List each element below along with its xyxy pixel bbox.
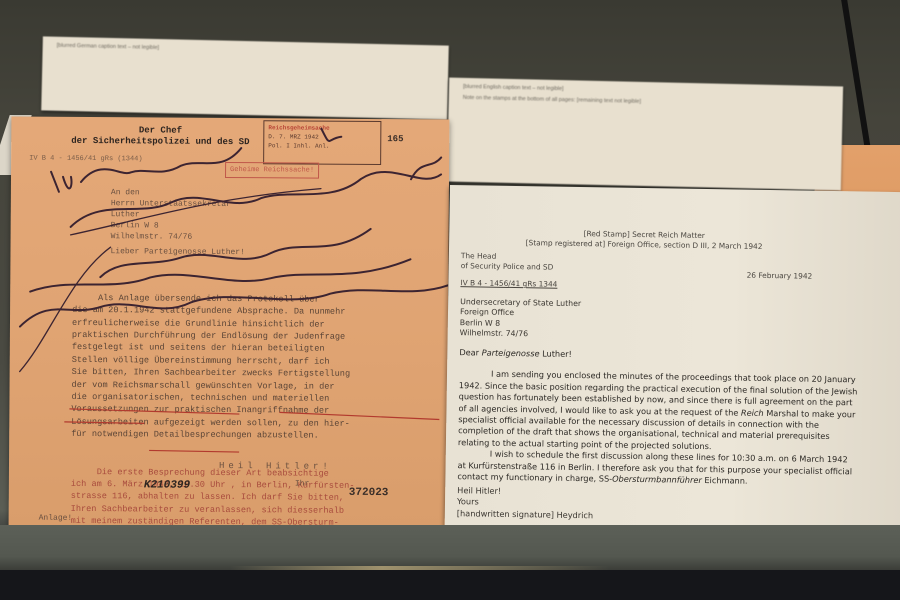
letter-date: 26 February 1942 (747, 270, 813, 282)
caption-card-english: [blurred English caption text – not legi… (447, 78, 843, 191)
stamp-footer: Pol. I Inhl. Anl. (268, 141, 376, 151)
paragraph-2-italic: Obersturmbannführer (612, 474, 702, 485)
translation-salutation: Dear Parteigenosse Luther! (459, 347, 859, 365)
display-case-base (0, 570, 900, 600)
address-block: An den Herrn Unterstaatssekretär Luther … (110, 187, 245, 258)
reference-number: IV B 4 - 1456/41 gRs (1344) (29, 153, 143, 166)
body-paragraph-1: Als Anlage übersende ich das Protokoll ü… (71, 292, 449, 444)
salutation-suffix: Luther! (539, 348, 571, 359)
signature-line: [handwritten signature] Heydrich (457, 508, 593, 522)
greeting: Heil Hitler! (219, 460, 332, 473)
translation-paragraph-2: I wish to schedule the first discussion … (457, 448, 857, 488)
caption-card-german: [blurred German caption text – not legib… (41, 36, 449, 119)
archive-number-left: K210399 (144, 479, 190, 491)
address-line: Wilhelmstr. 74/76 (111, 231, 245, 243)
salutation: Lieber Parteigenosse Luther! (110, 246, 244, 258)
closing: Ihr (295, 478, 309, 490)
letter-body: Als Anlage übersende ich das Protokoll ü… (70, 267, 449, 530)
received-stamp: Reichsgeheimsache D. 7. MRZ 1942 Pol. I … (263, 120, 381, 165)
salutation-prefix: Dear (459, 347, 481, 357)
page-number: 165 (387, 133, 403, 145)
translation-document: [Red Stamp] Secret Reich Matter [Stamp r… (445, 185, 900, 540)
paragraph-2-text-b: Eichmann. (702, 475, 748, 486)
translation-stamp-notes: [Red Stamp] Secret Reich Matter [Stamp r… (449, 227, 839, 253)
original-letter: Der Chef der Sicherheitspolizei und des … (9, 116, 450, 529)
translation-reference: IV B 4 - 1456/41 gRs 1344 (460, 277, 557, 290)
recipient-line: Wilhelmstr. 74/76 (460, 328, 581, 340)
body-paragraph-2: Die erste Besprechung dieser Art beabsic… (70, 465, 449, 529)
archive-number-right: 372023 (349, 487, 389, 499)
display-case-ledge (0, 525, 900, 570)
translation-closing: Heil Hitler! Yours [handwritten signatur… (457, 485, 594, 521)
sender-line-2: of Security Police and SD (461, 261, 554, 272)
caption-text: [blurred German caption text – not legib… (57, 43, 435, 59)
translation-body: Dear Parteigenosse Luther! I am sending … (457, 347, 859, 489)
enclosure-note: Anlage! (39, 513, 73, 525)
paragraph-1-italic: Reich (741, 407, 764, 417)
salutation-name: Parteigenosse (482, 348, 540, 359)
recipient-block: Undersecretary of State Luther Foreign O… (460, 297, 582, 341)
address-line: An den (111, 187, 245, 199)
translation-paragraph-1: I am sending you enclosed the minutes of… (458, 369, 859, 455)
address-line: Herrn Unterstaatssekretär (111, 198, 245, 210)
letterhead-line-2: der Sicherheitspolizei und des SD (71, 136, 249, 148)
secret-stamp: Geheime Reichssache! (225, 162, 319, 179)
sender-block: The Head of Security Police and SD (461, 251, 554, 272)
letterhead: Der Chef der Sicherheitspolizei und des … (71, 125, 249, 148)
